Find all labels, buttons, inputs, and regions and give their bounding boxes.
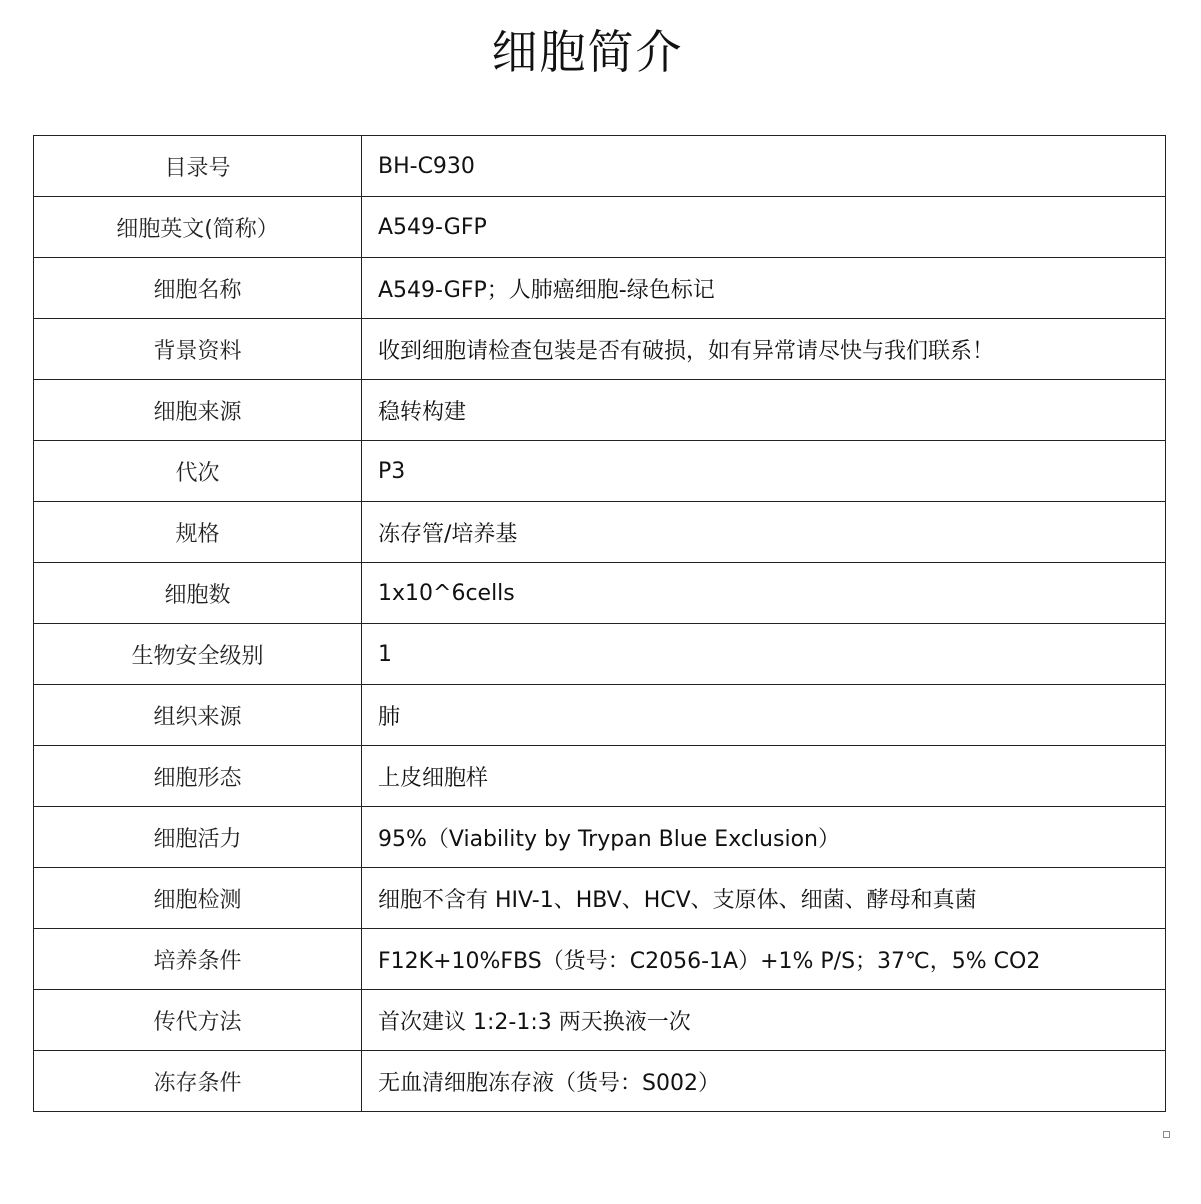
row-value: A549-GFP bbox=[362, 197, 1166, 258]
table-row: 细胞英文(简称） A549-GFP bbox=[34, 197, 1166, 258]
table-row: 细胞形态 上皮细胞样 bbox=[34, 746, 1166, 807]
row-value: BH-C930 bbox=[362, 136, 1166, 197]
row-label: 细胞形态 bbox=[34, 746, 362, 807]
row-label: 目录号 bbox=[34, 136, 362, 197]
row-value: A549-GFP；人肺癌细胞-绿色标记 bbox=[362, 258, 1166, 319]
row-label: 规格 bbox=[34, 502, 362, 563]
row-label: 组织来源 bbox=[34, 685, 362, 746]
row-label: 传代方法 bbox=[34, 990, 362, 1051]
row-value: 1 bbox=[362, 624, 1166, 685]
row-label: 培养条件 bbox=[34, 929, 362, 990]
table-row: 代次 P3 bbox=[34, 441, 1166, 502]
row-value: P3 bbox=[362, 441, 1166, 502]
table-row: 背景资料 收到细胞请检查包装是否有破损，如有异常请尽快与我们联系！ bbox=[34, 319, 1166, 380]
table-row: 规格 冻存管/培养基 bbox=[34, 502, 1166, 563]
table-row: 培养条件 F12K+10%FBS（货号：C2056-1A）+1% P/S；37℃… bbox=[34, 929, 1166, 990]
row-label: 细胞来源 bbox=[34, 380, 362, 441]
row-label: 代次 bbox=[34, 441, 362, 502]
table-row: 冻存条件 无血清细胞冻存液（货号：S002） bbox=[34, 1051, 1166, 1112]
cell-info-table: 目录号 BH-C930 细胞英文(简称） A549-GFP 细胞名称 A549-… bbox=[33, 135, 1166, 1112]
row-label: 冻存条件 bbox=[34, 1051, 362, 1112]
row-label: 背景资料 bbox=[34, 319, 362, 380]
table-row: 生物安全级别 1 bbox=[34, 624, 1166, 685]
row-label: 生物安全级别 bbox=[34, 624, 362, 685]
table-row: 目录号 BH-C930 bbox=[34, 136, 1166, 197]
table-row: 组织来源 肺 bbox=[34, 685, 1166, 746]
table-row: 细胞数 1x10^6cells bbox=[34, 563, 1166, 624]
row-label: 细胞名称 bbox=[34, 258, 362, 319]
row-value: 上皮细胞样 bbox=[362, 746, 1166, 807]
row-value: F12K+10%FBS（货号：C2056-1A）+1% P/S；37℃，5% C… bbox=[362, 929, 1166, 990]
row-value: 冻存管/培养基 bbox=[362, 502, 1166, 563]
table-row: 细胞来源 稳转构建 bbox=[34, 380, 1166, 441]
row-value: 肺 bbox=[362, 685, 1166, 746]
row-value: 首次建议 1:2-1:3 两天换液一次 bbox=[362, 990, 1166, 1051]
row-value: 收到细胞请检查包装是否有破损，如有异常请尽快与我们联系！ bbox=[362, 319, 1166, 380]
row-value: 细胞不含有 HIV-1、HBV、HCV、支原体、细菌、酵母和真菌 bbox=[362, 868, 1166, 929]
table-row: 细胞名称 A549-GFP；人肺癌细胞-绿色标记 bbox=[34, 258, 1166, 319]
row-label: 细胞活力 bbox=[34, 807, 362, 868]
row-value: 无血清细胞冻存液（货号：S002） bbox=[362, 1051, 1166, 1112]
row-value: 稳转构建 bbox=[362, 380, 1166, 441]
table-resize-handle[interactable] bbox=[1163, 1131, 1170, 1138]
page-title: 细胞简介 bbox=[0, 22, 1175, 82]
table-row: 细胞检测 细胞不含有 HIV-1、HBV、HCV、支原体、细菌、酵母和真菌 bbox=[34, 868, 1166, 929]
row-value: 95%（Viability by Trypan Blue Exclusion） bbox=[362, 807, 1166, 868]
table-row: 细胞活力 95%（Viability by Trypan Blue Exclus… bbox=[34, 807, 1166, 868]
row-label: 细胞数 bbox=[34, 563, 362, 624]
table-row: 传代方法 首次建议 1:2-1:3 两天换液一次 bbox=[34, 990, 1166, 1051]
row-value: 1x10^6cells bbox=[362, 563, 1166, 624]
row-label: 细胞英文(简称） bbox=[34, 197, 362, 258]
row-label: 细胞检测 bbox=[34, 868, 362, 929]
